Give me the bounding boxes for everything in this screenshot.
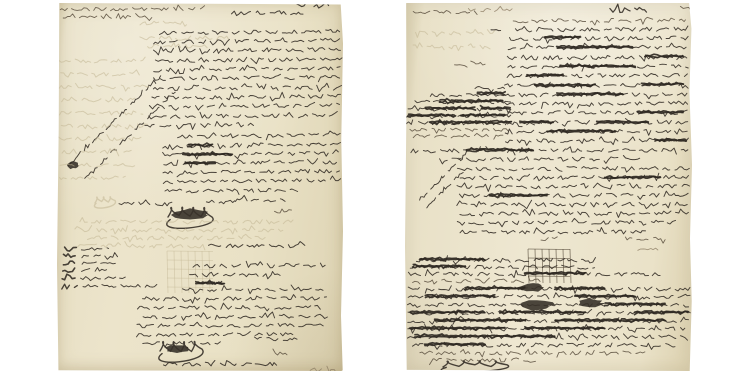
right-page-handwriting — [405, 3, 692, 371]
manuscript-photo — [0, 0, 750, 375]
left-page-handwriting — [57, 3, 343, 371]
right-manuscript-page — [405, 3, 692, 371]
left-manuscript-page — [57, 3, 343, 371]
